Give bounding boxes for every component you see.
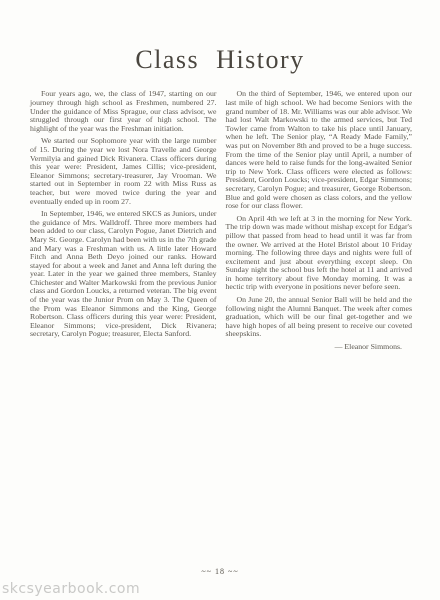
- right-column: On the third of September, 1946, we ente…: [226, 90, 413, 351]
- article-columns: Four years ago, we, the class of 1947, s…: [30, 90, 412, 351]
- paragraph-junior-year: In September, 1946, we entered SKCS as J…: [30, 210, 217, 339]
- author-signature: — Eleanor Simmons.: [226, 343, 413, 352]
- left-column: Four years ago, we, the class of 1947, s…: [30, 90, 217, 351]
- watermark: skcsyearbook.com: [2, 581, 140, 597]
- yearbook-page: Class History Four years ago, we, the cl…: [0, 0, 440, 600]
- paragraph-new-york-trip: On April 4th we left at 3 in the morning…: [226, 215, 413, 292]
- paragraph-sophomore-year: We started our Sophomore year with the l…: [30, 137, 217, 206]
- paragraph-freshman-year: Four years ago, we, the class of 1947, s…: [30, 90, 217, 133]
- page-title: Class History: [0, 47, 440, 73]
- paragraph-senior-ball: On June 20, the annual Senior Ball will …: [226, 296, 413, 339]
- paragraph-senior-year: On the third of September, 1946, we ente…: [226, 90, 413, 210]
- page-number: ~~ 18 ~~: [0, 567, 440, 576]
